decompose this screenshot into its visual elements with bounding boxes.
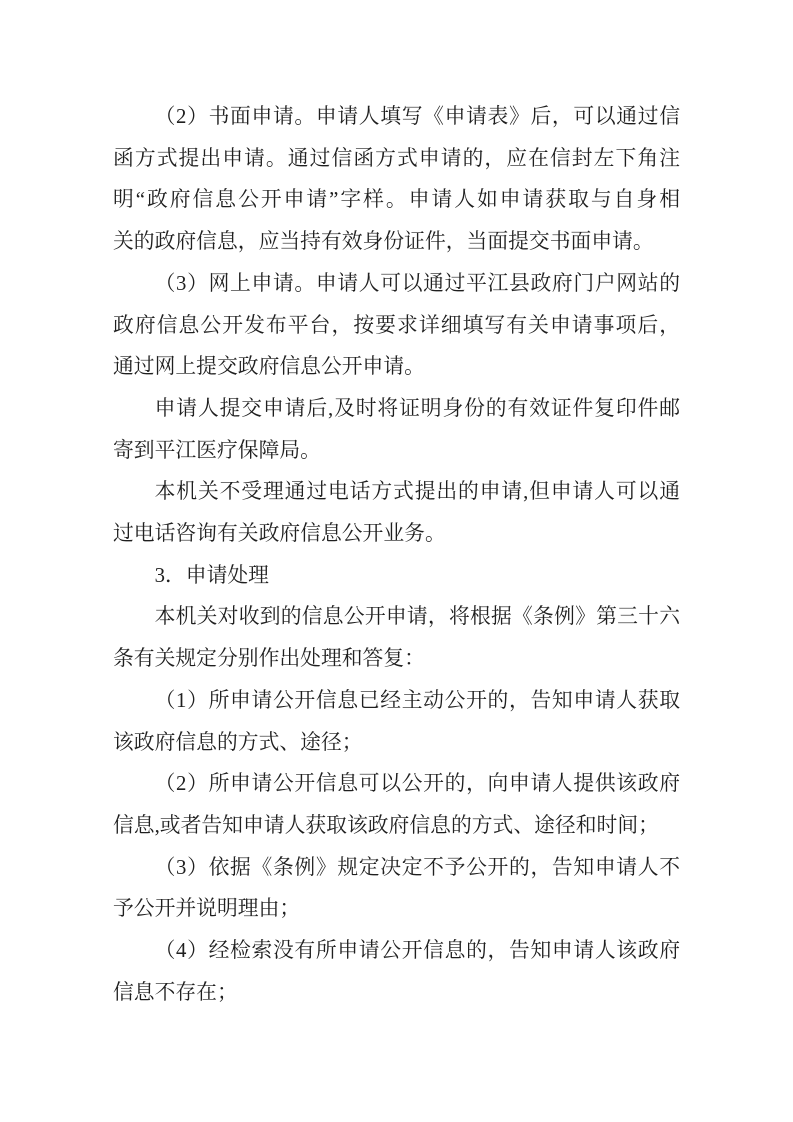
text-line: （4）经检索没有所申请公开信息的，告知申请人该政府 (113, 930, 680, 972)
text-line: （2）所申请公开信息可以公开的，向申请人提供该政府 (113, 763, 680, 805)
text-line: 明“政府信息公开申请”字样。申请人如申请获取与自身相 (113, 179, 680, 221)
text-line: 3．申请处理 (113, 555, 680, 597)
text-line: 信息不存在； (113, 972, 680, 1014)
text-line: 关的政府信息，应当持有效身份证件，当面提交书面申请。 (113, 221, 680, 263)
text-line: 予公开并说明理由； (113, 888, 680, 930)
document-body: （2）书面申请。申请人填写《申请表》后，可以通过信函方式提出申请。通过信函方式申… (113, 96, 680, 1013)
text-line: （1）所申请公开信息已经主动公开的，告知申请人获取 (113, 680, 680, 722)
text-line: （2）书面申请。申请人填写《申请表》后，可以通过信 (113, 96, 680, 138)
text-line: 本机关不受理通过电话方式提出的申请,但申请人可以通 (113, 471, 680, 513)
text-line: 信息,或者告知申请人获取该政府信息的方式、途径和时间； (113, 805, 680, 847)
text-line: 政府信息公开发布平台，按要求详细填写有关申请事项后， (113, 305, 680, 347)
text-line: 过电话咨询有关政府信息公开业务。 (113, 513, 680, 555)
text-line: 申请人提交申请后,及时将证明身份的有效证件复印件邮 (113, 388, 680, 430)
text-line: 寄到平江医疗保障局。 (113, 430, 680, 472)
text-line: 条有关规定分别作出处理和答复： (113, 638, 680, 680)
document-page: （2）书面申请。申请人填写《申请表》后，可以通过信函方式提出申请。通过信函方式申… (0, 0, 793, 1122)
text-line: 通过网上提交政府信息公开申请。 (113, 346, 680, 388)
text-line: （3）依据《条例》规定决定不予公开的，告知申请人不 (113, 847, 680, 889)
text-line: 本机关对收到的信息公开申请，将根据《条例》第三十六 (113, 596, 680, 638)
text-line: 函方式提出申请。通过信函方式申请的，应在信封左下角注 (113, 138, 680, 180)
text-line: （3）网上申请。申请人可以通过平江县政府门户网站的 (113, 263, 680, 305)
text-line: 该政府信息的方式、途径； (113, 722, 680, 764)
